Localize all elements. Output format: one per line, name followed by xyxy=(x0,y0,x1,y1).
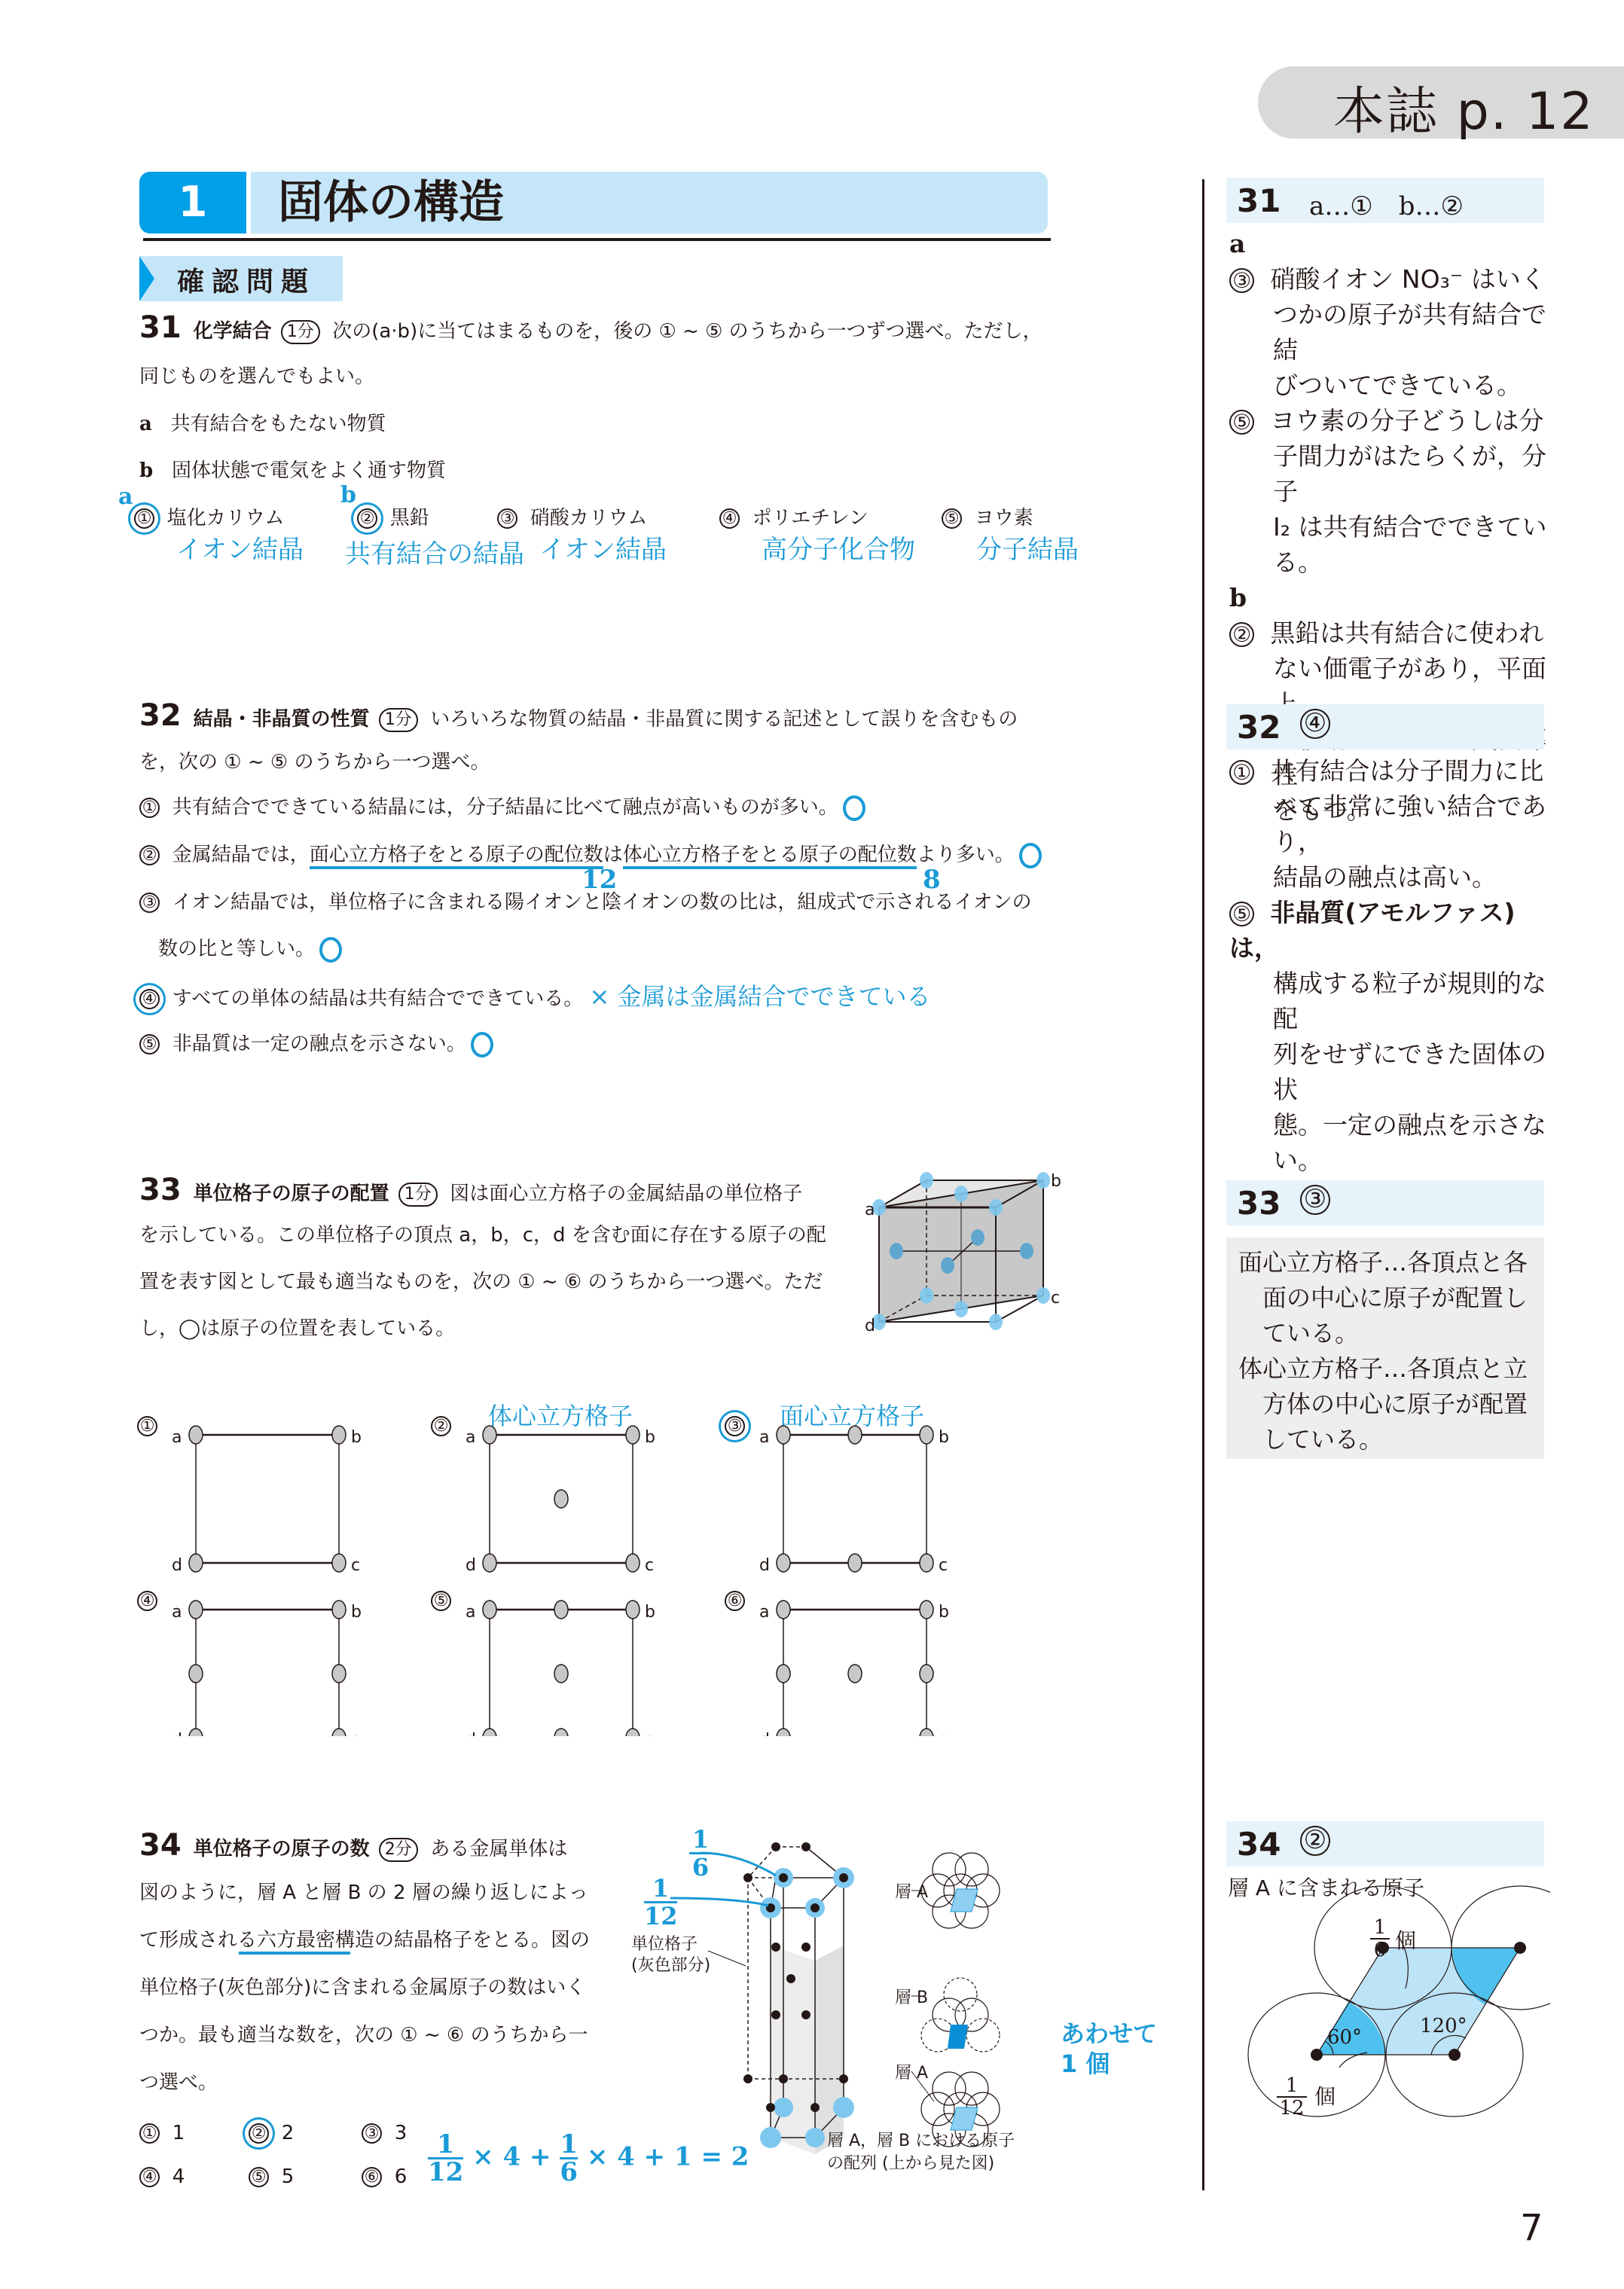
q31-option-1[interactable]: ① 塩化カリウムイオン結晶 xyxy=(134,503,304,566)
underline-text: 面心立方格子をとる原子の配位数 xyxy=(310,844,603,869)
question-text: 次の(a·b)に当てはまるものを，後の ① ~ ⑤ のうちから一つずつ選べ。ただ… xyxy=(332,320,1042,343)
question-text: を示している。この単位格子の頂点 a，b，c，d を含む面に存在する原子の配 xyxy=(139,1220,826,1250)
q31-part-a: a 共有結合をもたない物質 xyxy=(139,409,386,439)
question-number: 33 xyxy=(139,1173,182,1207)
answer-tag-a: a xyxy=(118,484,133,510)
points-badge: 2分 xyxy=(379,1838,418,1862)
underline-text: 体心立方格子をとる原子の配位数 xyxy=(623,844,917,869)
question-text: 図のように，層 A と層 B の 2 層の繰り返しによっ xyxy=(139,1878,588,1908)
fraction-1-12-label: 112 xyxy=(1277,2075,1307,2119)
question-title: 単位格子の原子の数 xyxy=(194,1838,370,1860)
section-label: 確認問題 xyxy=(139,256,343,301)
option-mark: ④ xyxy=(137,1591,157,1611)
answer-number: 32 xyxy=(1237,709,1281,746)
option-mark: ⑤ xyxy=(942,508,962,529)
correct-mark-icon xyxy=(319,937,342,963)
option-mark: ① xyxy=(139,2123,160,2144)
option-value: 2 xyxy=(282,2122,295,2144)
question-text: ある金属単体は xyxy=(430,1838,567,1860)
option-note: 高分子化合物 xyxy=(762,529,915,566)
page-reference-label: 本誌 p. 12 xyxy=(1333,71,1595,144)
item-text: 金属結晶では， xyxy=(172,844,310,866)
heading-rule xyxy=(143,238,1051,241)
unit-label: 個 xyxy=(1395,1924,1416,1955)
question-number: 34 xyxy=(139,1828,182,1863)
question-title: 結晶・非晶質の性質 xyxy=(194,708,370,731)
option-mark: ① xyxy=(137,1416,157,1436)
q32-item-4[interactable]: ④ すべての単体の結晶は共有結合でできている。 × 金属は金属結合でできている xyxy=(139,981,930,1014)
answer-number: 33 xyxy=(1237,1185,1281,1222)
figure-caption: 層 A，層 B における原子の配列 (上から見た図) xyxy=(827,2130,1015,2175)
q34-choice-1[interactable]: ① 1 xyxy=(139,2118,185,2148)
unit-label-2: 個 xyxy=(1314,2080,1336,2110)
answer-33-box: 33③ xyxy=(1226,1180,1544,1225)
question-text: 置を表す図として最も適当なものを，次の ① ~ ⑥ のうちから一つ選べ。ただ xyxy=(139,1267,823,1297)
q31-option-5[interactable]: ⑤ ヨウ素分子結晶 xyxy=(942,503,1079,566)
item-text: 共有結合でできている結晶には，分子結晶に比べて融点が高いものが多い。 xyxy=(172,796,838,819)
chapter-number: 1 xyxy=(139,172,246,233)
part-label: b xyxy=(139,459,153,482)
option-label: 黒鉛 xyxy=(390,507,429,530)
question-title: 化学結合 xyxy=(194,320,272,343)
item-mark: ⑤ xyxy=(139,1034,160,1054)
answer-31-box: 31a…① b…② xyxy=(1226,178,1544,223)
option-label: ポリエチレン xyxy=(752,507,868,530)
answer-tag-b: b xyxy=(340,482,356,508)
answer-value: ② xyxy=(1300,1826,1330,1856)
section-label-text: 確認問題 xyxy=(177,261,316,299)
q34-choice-6[interactable]: ⑥ 6 xyxy=(362,2162,407,2192)
correct-mark-icon xyxy=(843,795,865,821)
question-text: 単位格子(灰色部分)に含まれる金属原子の数はいく xyxy=(139,1973,585,2003)
angle-60-label: 60° xyxy=(1327,2026,1362,2049)
q33-option-1[interactable]: ① xyxy=(137,1415,157,1437)
q31-option-4[interactable]: ④ ポリエチレン高分子化合物 xyxy=(719,503,915,566)
question-number: 32 xyxy=(139,698,182,733)
q32-header: 32結晶・非晶質の性質1分 いろいろな物質の結晶・非晶質に関する記述として誤りを… xyxy=(139,700,1018,734)
part-label: a xyxy=(139,413,152,435)
option-mark: ④ xyxy=(139,2167,160,2187)
item-text: より多い。 xyxy=(917,844,1015,866)
item-text: 非晶質は一定の融点を示さない。 xyxy=(172,1033,466,1055)
option-value: 4 xyxy=(172,2165,185,2188)
points-badge: 1分 xyxy=(281,320,320,344)
fraction-1-6-label: 16 xyxy=(1370,1917,1390,1961)
layer-b-label: 層 B xyxy=(895,1985,928,2008)
option-label: ヨウ素 xyxy=(975,507,1033,530)
page-reference-tab: 本誌 p. 12 xyxy=(1258,66,1624,139)
item-text: 数の比と等しい。 xyxy=(158,938,315,960)
points-badge: 1分 xyxy=(398,1183,438,1207)
question-text: 図は面心立方格子の金属結晶の単位格子 xyxy=(450,1183,802,1205)
correction-note: × 金属は金属結合でできている xyxy=(589,982,930,1011)
together-note: あわせて1 個 xyxy=(1061,2019,1157,2079)
page-number: 7 xyxy=(1520,2207,1543,2249)
option-value: 5 xyxy=(282,2165,295,2188)
option-mark: ④ xyxy=(719,508,740,529)
q33-header: 33単位格子の原子の配置1分 図は面心立方格子の金属結晶の単位格子 xyxy=(139,1175,802,1209)
item-text: は xyxy=(603,844,623,866)
svg-text:d: d xyxy=(865,1317,875,1335)
q32-item-3[interactable]: ③ イオン結晶では，単位格子に含まれる陽イオンと陰イオンの数の比は，組成式で示さ… xyxy=(139,887,1032,917)
question-text: て形成される六方最密構造の結晶格子をとる。図の xyxy=(139,1925,590,1955)
q34-choice-3[interactable]: ③ 3 xyxy=(362,2118,407,2148)
answer-number: 34 xyxy=(1237,1826,1281,1863)
svg-text:c: c xyxy=(1051,1289,1060,1308)
q34-header: 34単位格子の原子の数2分 ある金属単体は xyxy=(139,1830,567,1864)
question-text: つ選べ。 xyxy=(139,2068,218,2098)
q33-option-4[interactable]: ④ xyxy=(137,1589,157,1612)
option-mark: ⑥ xyxy=(362,2167,382,2187)
option-value: 3 xyxy=(395,2122,408,2144)
points-badge: 1分 xyxy=(379,708,418,732)
correct-mark-icon xyxy=(471,1032,493,1058)
column-divider xyxy=(1202,179,1204,2190)
q32-item-1[interactable]: ① 共有結合でできている結晶には，分子結晶に比べて融点が高いものが多い。 xyxy=(139,792,865,823)
part-text: 共有結合をもたない物質 xyxy=(171,413,386,435)
arrow-icon xyxy=(139,256,154,301)
option-note: イオン結晶 xyxy=(176,529,304,566)
option-mark: ② xyxy=(357,508,377,529)
q34-choice-4[interactable]: ④ 4 xyxy=(139,2162,185,2192)
option-label: 塩化カリウム xyxy=(167,507,285,530)
q31-header: 31化学結合1分 次の(a·b)に当てはまるものを，後の ① ~ ⑤ のうちから… xyxy=(139,313,1042,346)
option-mark: ① xyxy=(134,508,154,529)
correct-mark-icon xyxy=(1019,843,1042,868)
q34-choice-5[interactable]: ⑤ 5 xyxy=(249,2162,294,2192)
answer-34-box: 34② xyxy=(1226,1821,1544,1866)
underline-hcp xyxy=(239,1952,350,1955)
question-text-cont: 同じものを選んでもよい。 xyxy=(139,362,374,392)
chapter-title: 固体の構造 xyxy=(251,172,1048,233)
question-text: いろいろな物質の結晶・非晶質に関する記述として誤りを含むもの xyxy=(430,708,1018,731)
option-note: 分子結晶 xyxy=(976,529,1079,566)
question-title: 単位格子の原子の配置 xyxy=(194,1183,389,1205)
q32-item-5[interactable]: ⑤ 非晶質は一定の融点を示さない。 xyxy=(139,1029,493,1059)
q34-choice-2[interactable]: ② 2 xyxy=(249,2118,294,2148)
option-mark: ③ xyxy=(497,508,517,529)
item-text: イオン結晶では，単位格子に含まれる陽イオンと陰イオンの数の比は，組成式で示される… xyxy=(172,891,1032,914)
answer-32-box: 32④ xyxy=(1226,704,1544,749)
question-number: 31 xyxy=(139,310,182,345)
item-mark: ① xyxy=(139,798,160,818)
option-mark: ⑤ xyxy=(249,2167,269,2187)
q31-part-b: b 固体状態で電気をよく通す物質 xyxy=(139,456,446,486)
option-value: 6 xyxy=(395,2165,408,2188)
answer-32-explanation: ① 共有結合は分子間力に比 べて非常に強い結合であり，結晶の融点は高い。 ⑤ 非… xyxy=(1229,753,1561,1178)
item-mark: ② xyxy=(139,845,160,865)
question-text: つか。最も適当な数を，次の ① ~ ⑥ のうちから一 xyxy=(139,2020,588,2050)
answer-value: ③ xyxy=(1300,1185,1330,1215)
fraction-1-12: 112 xyxy=(644,1875,677,1929)
layer-a-label: 層 A xyxy=(895,1879,928,1903)
part-text: 固体状態で電気をよく通す物質 xyxy=(172,459,446,482)
q32-item-3-cont: 数の比と等しい。 xyxy=(158,934,342,964)
option-mark: ② xyxy=(249,2123,269,2144)
answer-33-note: 面心立方格子…各頂点と各面の中心に原子が配置している。 体心立方格子…各頂点と立… xyxy=(1226,1238,1544,1459)
answer-value: ④ xyxy=(1300,709,1330,739)
option-label: 硝酸カリウム xyxy=(530,507,648,530)
answer-value: a…① b…② xyxy=(1309,185,1464,222)
layer-a-label-2: 層 A xyxy=(895,2060,928,2083)
answer-number: 31 xyxy=(1237,182,1281,219)
question-text-cont: を，次の ① ~ ⑤ のうちから一つ選べ。 xyxy=(139,747,490,777)
option-mark: ③ xyxy=(362,2123,382,2144)
svg-text:a: a xyxy=(865,1201,875,1219)
q31-option-3[interactable]: ③ 硝酸カリウムイオン結晶 xyxy=(497,503,667,566)
item-mark: ③ xyxy=(139,893,160,913)
fraction-1-6: 16 xyxy=(689,1827,712,1880)
svg-text:b: b xyxy=(1051,1172,1061,1191)
angle-120-label: 120° xyxy=(1420,2015,1467,2037)
question-text: し，◯は原子の位置を表している。 xyxy=(139,1314,455,1344)
unit-cell-label: 単位格子(灰色部分) xyxy=(631,1934,710,1976)
item-text: すべての単体の結晶は共有結合でできている。 xyxy=(172,987,583,1010)
lattice-option-diagrams: abcd xyxy=(166,1420,994,1736)
option-value: 1 xyxy=(172,2122,185,2144)
option-note: イオン結晶 xyxy=(539,529,667,566)
fcc-cube-figure: a b c d xyxy=(859,1171,1070,1337)
item-mark: ④ xyxy=(139,989,160,1009)
